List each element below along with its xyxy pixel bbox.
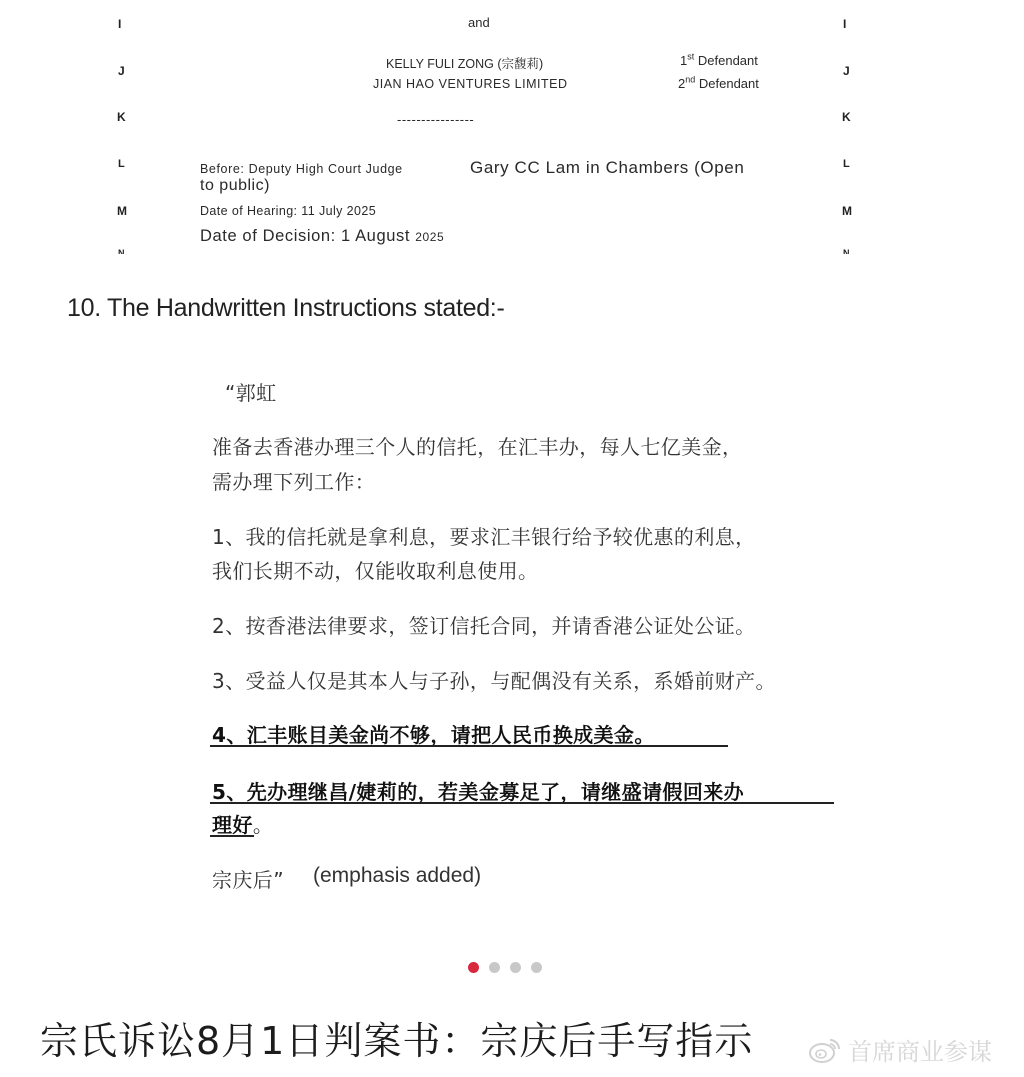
first-defendant-role: 1st Defendant <box>680 53 758 68</box>
instruction-item-1-cont: 我们长期不动，仅能收取利息使用。 <box>212 555 538 584</box>
post-caption: 宗氏诉讼8月1日判案书：宗庆后手写指示 <box>40 1010 753 1065</box>
weibo-icon <box>808 1036 842 1064</box>
carousel-dot-1-active[interactable] <box>468 962 479 973</box>
margin-letter-left: M <box>117 204 127 218</box>
decision-date: Date of Decision: 1 August 2025 <box>200 227 444 246</box>
intro-line-1: 准备去香港办理三个人的信托，在汇丰办，每人七亿美金， <box>212 431 742 460</box>
margin-letter-right: J <box>843 64 850 78</box>
emphasis-underline <box>210 745 728 747</box>
intro-line-2: 需办理下列工作： <box>212 466 375 495</box>
margin-letter-left: I <box>118 17 121 31</box>
watermark: 首席商业参谋 <box>808 1032 992 1067</box>
margin-letter-left: N <box>118 248 125 254</box>
signature: 宗庆后” <box>212 864 284 893</box>
carousel-pagination <box>468 962 542 973</box>
margin-letter-left: J <box>118 64 125 78</box>
instruction-item-1: 1、我的信托就是拿利息，要求汇丰银行给予较优惠的利息， <box>212 521 756 550</box>
carousel-dot-2[interactable] <box>489 962 500 973</box>
margin-letter-right: L <box>843 158 850 170</box>
conjunction-text: and <box>468 15 490 30</box>
judge-name: Gary CC Lam in Chambers (Open <box>470 158 744 178</box>
margin-letter-right: K <box>842 110 851 124</box>
instruction-item-3: 3、受益人仅是其本人与子孙，与配偶没有关系，系婚前财产。 <box>212 665 776 694</box>
hearing-date: Date of Hearing: 11 July 2025 <box>200 204 376 218</box>
instruction-item-5-cont: 理好。 <box>212 809 273 838</box>
carousel-dot-4[interactable] <box>531 962 542 973</box>
watermark-text: 首席商业参谋 <box>848 1032 992 1067</box>
margin-letter-left: L <box>118 158 125 170</box>
instruction-item-5-emphasized: 5、先办理继昌/婕莉的，若美金募足了，请继盛请假回来办 <box>212 776 744 805</box>
instruction-item-4-emphasized: 4、汇丰账目美金尚不够，请把人民币换成美金。 <box>212 719 655 748</box>
first-defendant-name: KELLY FULI ZONG (宗馥莉) <box>386 54 543 72</box>
instruction-item-2: 2、按香港法律要求，签订信托合同，并请香港公证处公证。 <box>212 610 756 639</box>
before-prefix: Before: Deputy High Court Judge <box>200 162 403 176</box>
margin-letter-right: M <box>842 204 852 218</box>
header-separator: ---------------- <box>397 112 474 127</box>
margin-letter-right: I <box>843 17 846 31</box>
paragraph-heading: 10. The Handwritten Instructions stated:… <box>67 294 504 323</box>
emphasis-underline <box>210 835 254 837</box>
emphasis-underline <box>210 802 834 804</box>
carousel-dot-3[interactable] <box>510 962 521 973</box>
emphasis-note: (emphasis added) <box>313 864 481 888</box>
salutation: “郭虹 <box>225 377 277 406</box>
second-defendant-role: 2nd Defendant <box>678 76 759 91</box>
margin-letter-left: K <box>117 110 126 124</box>
second-defendant-name: JIAN HAO VENTURES LIMITED <box>373 77 567 91</box>
before-continuation: to public) <box>200 177 270 195</box>
margin-letter-right: N <box>843 248 850 254</box>
